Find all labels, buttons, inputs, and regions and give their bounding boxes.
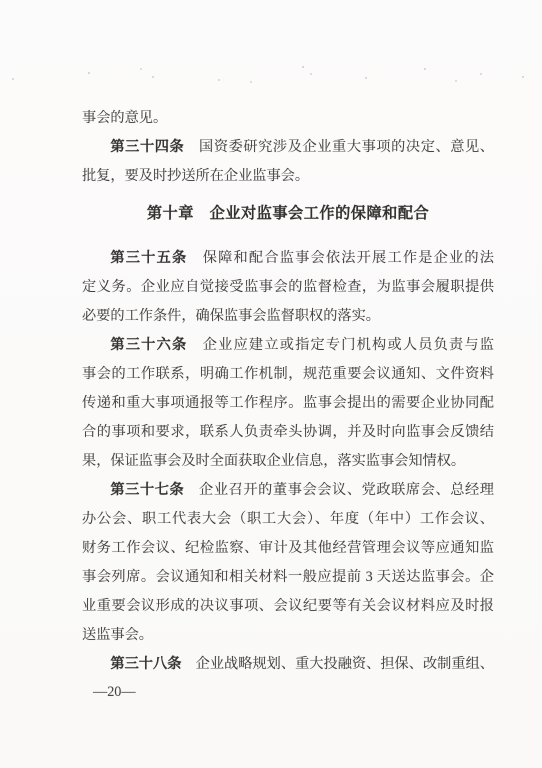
text-line: 传递和重大事项通报等工作程序。监事会提出的需要企业协同配 — [82, 389, 494, 418]
article-number: 第三十八条 — [110, 656, 181, 672]
text-line: 第三十四条 国资委研究涉及企业重大事项的决定、意见、 — [82, 133, 494, 162]
text-line: 办公会、职工代表大会（职工大会）、年度（年中）工作会议、 — [82, 505, 494, 534]
paragraph-block-top: 事会的意见。第三十四条 国资委研究涉及企业重大事项的决定、意见、批复，要及时抄送… — [82, 104, 494, 191]
text-line: 合的事项和要求，联系人负责牵头协调，并及时向监事会反馈结 — [82, 418, 494, 447]
article-number: 第三十七条 — [110, 482, 184, 498]
page-number: —20— — [93, 678, 136, 707]
text-line: 业重要会议形成的决议事项、会议纪要等有关会议材料应及时报 — [82, 592, 494, 621]
text-line: 第三十八条 企业战略规划、重大投融资、担保、改制重组、 — [82, 650, 494, 679]
text-line: 第三十七条 企业召开的董事会会议、党政联席会、总经理 — [82, 476, 494, 505]
text-line: 果，保证监事会及时全面获取企业信息，落实监事会知情权。 — [82, 447, 494, 476]
scan-noise-specks — [0, 0, 2, 2]
paragraph-block-main: 第三十五条 保障和配合监事会依法开展工作是企业的法定义务。企业应自觉接受监事会的… — [82, 244, 494, 679]
article-number: 第三十四条 — [110, 139, 184, 155]
text-line: 批复，要及时抄送所在企业监事会。 — [82, 162, 494, 191]
text-line: 必要的工作条件，确保监事会监督职权的落实。 — [82, 302, 494, 331]
article-number: 第三十五条 — [110, 250, 187, 266]
article-number: 第三十六条 — [110, 337, 187, 353]
text-line: 事会的意见。 — [82, 104, 494, 133]
document-page: 事会的意见。第三十四条 国资委研究涉及企业重大事项的决定、意见、批复，要及时抄送… — [0, 0, 542, 768]
chapter-heading: 第十章 企业对监事会工作的保障和配合 — [82, 199, 494, 228]
text-line: 第三十六条 企业应建立或指定专门机构或人员负责与监 — [82, 331, 494, 360]
document-content: 事会的意见。第三十四条 国资委研究涉及企业重大事项的决定、意见、批复，要及时抄送… — [82, 104, 494, 679]
text-line: 事会的工作联系，明确工作机制，规范重要会议通知、文件资料 — [82, 360, 494, 389]
text-line: 送监事会。 — [82, 621, 494, 650]
text-line: 财务工作会议、纪检监察、审计及其他经营管理会议等应通知监 — [82, 534, 494, 563]
text-line: 第三十五条 保障和配合监事会依法开展工作是企业的法 — [82, 244, 494, 273]
text-line: 定义务。企业应自觉接受监事会的监督检查，为监事会履职提供 — [82, 273, 494, 302]
text-line: 事会列席。会议通知和相关材料一般应提前 3 天送达监事会。企 — [82, 563, 494, 592]
